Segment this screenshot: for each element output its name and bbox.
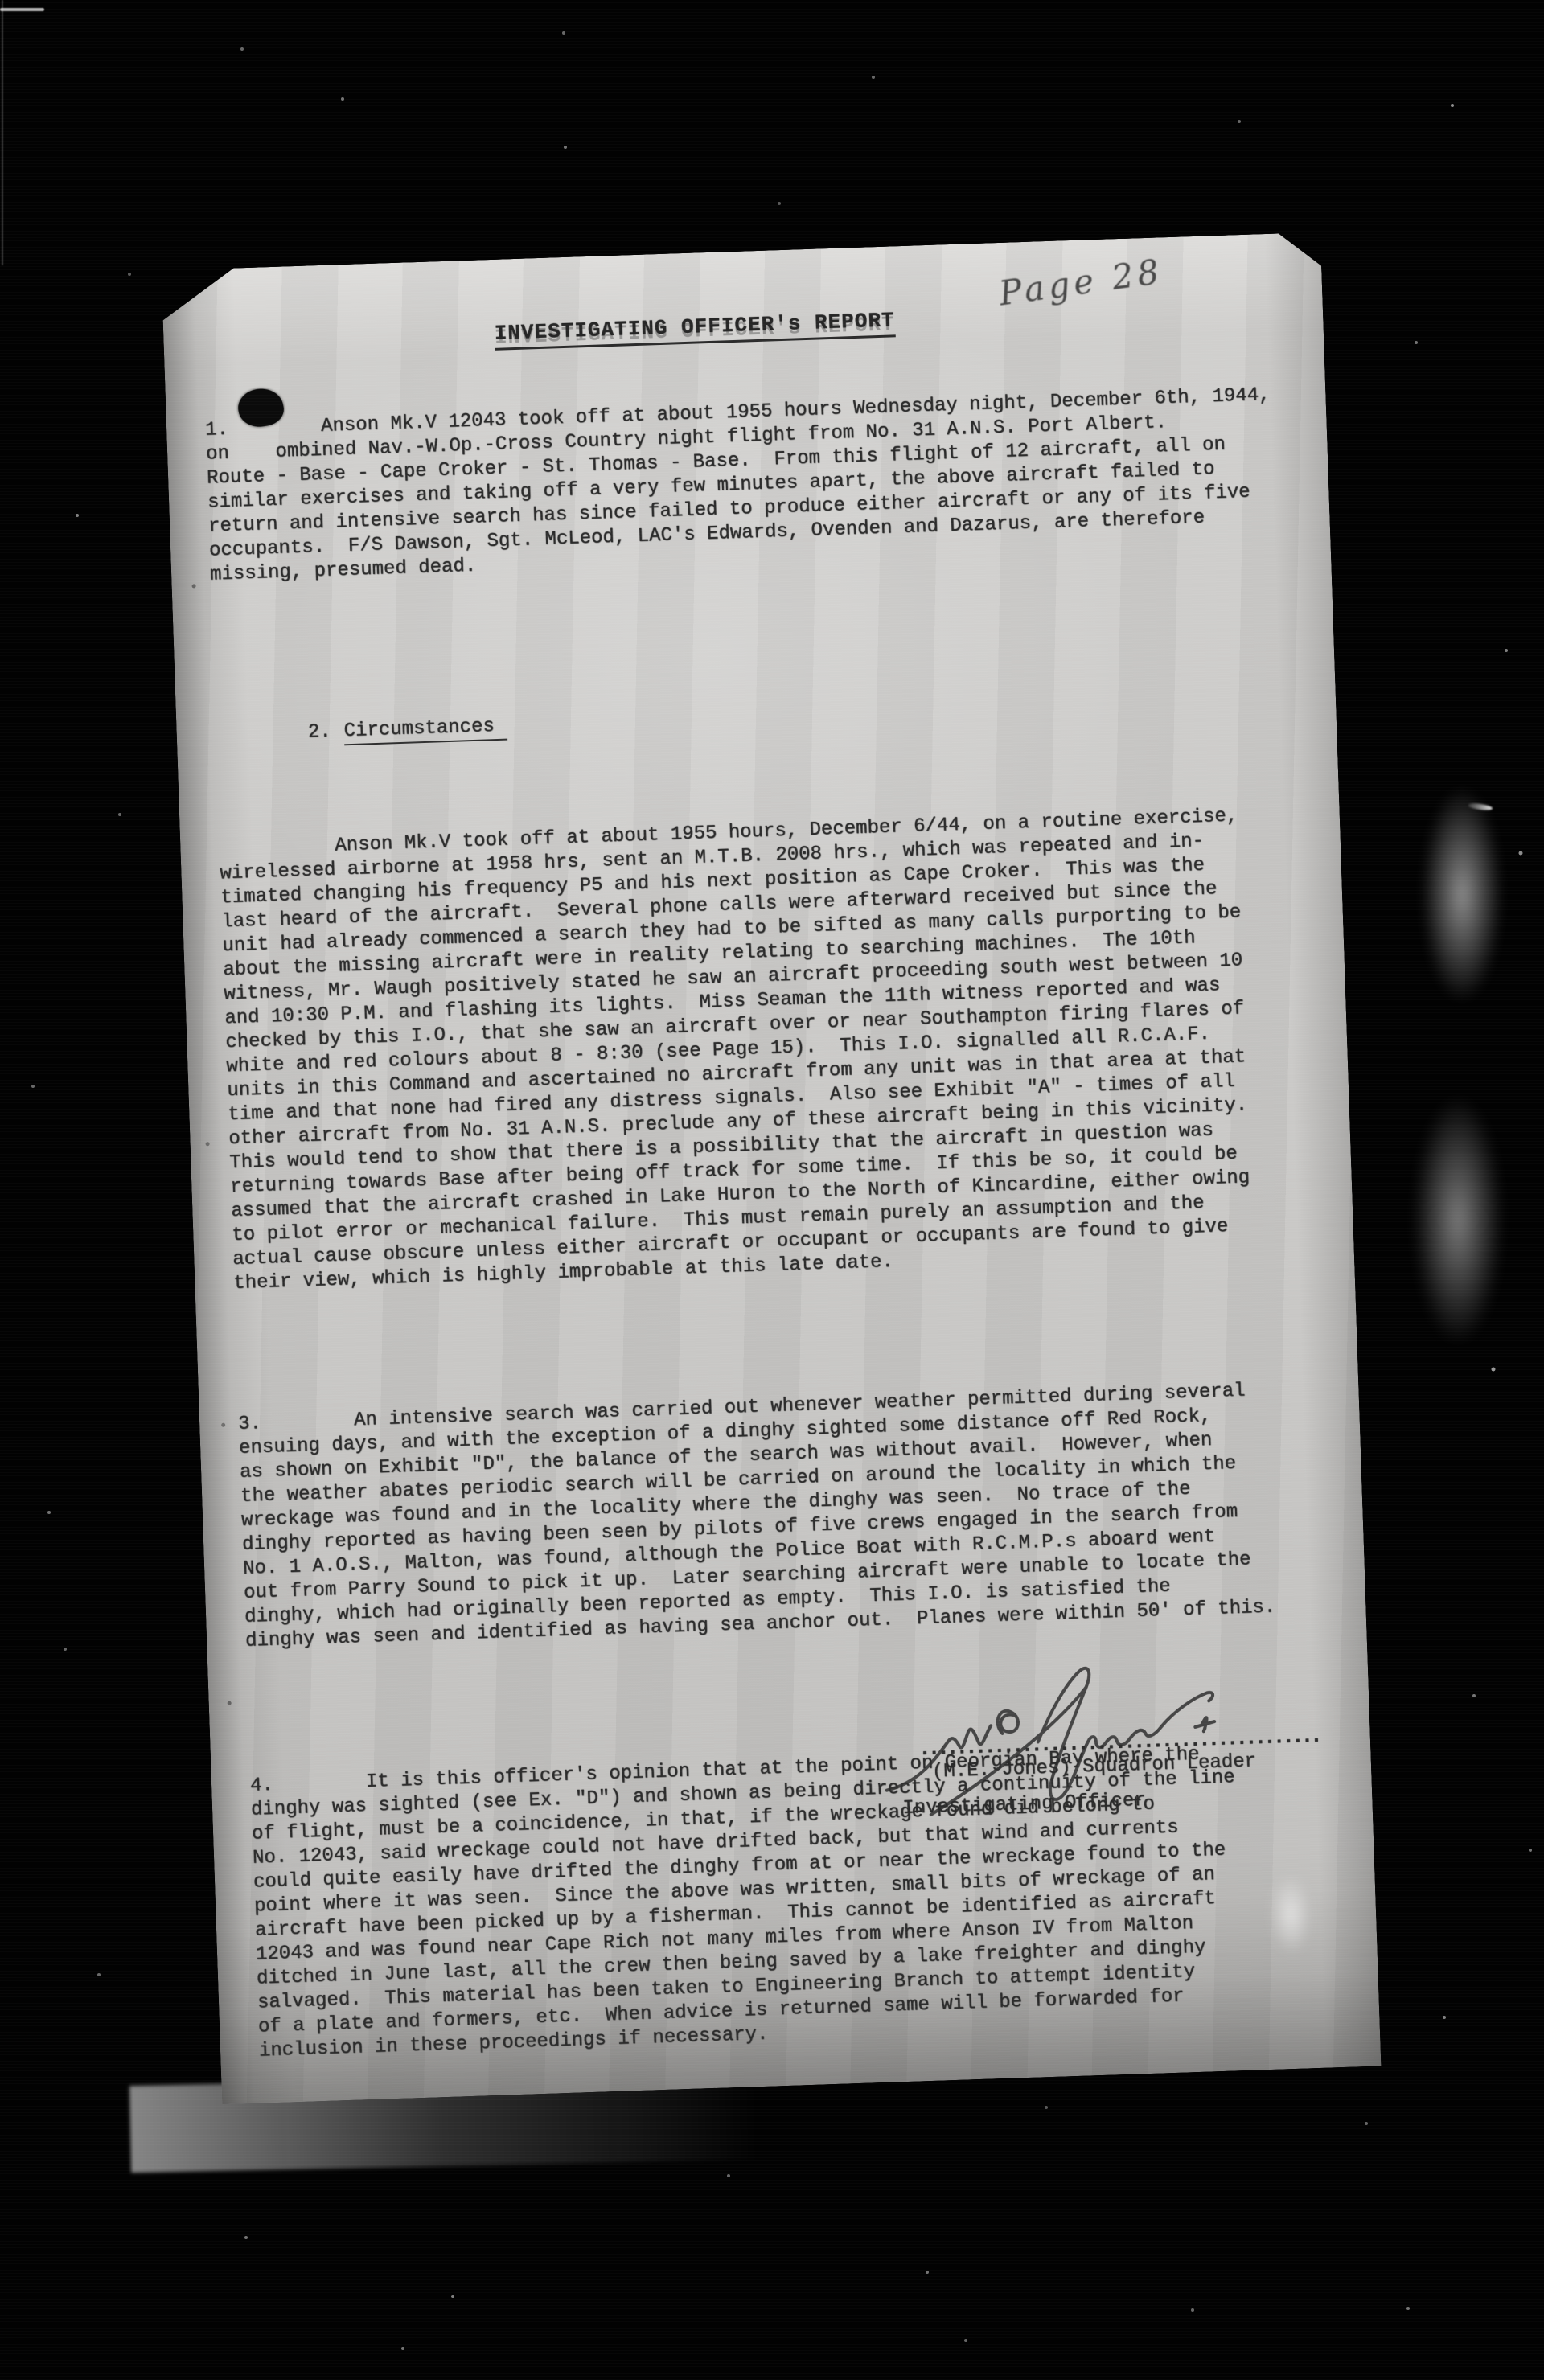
scanned-document-page: Page 28 INVESTIGATING OFFICER's REPORT 1… bbox=[0, 0, 1544, 2380]
paragraph-1: 1. Anson Mk.V 12043 took off at about 19… bbox=[203, 334, 1289, 659]
film-smudge-lower bbox=[1414, 1098, 1502, 1343]
section-label: Circumstances bbox=[343, 716, 507, 746]
scan-edge-hairline bbox=[2, 0, 3, 265]
film-scratch-mark bbox=[1468, 802, 1493, 811]
section-number: 2. bbox=[307, 721, 331, 744]
paragraph-1-text: 1. Anson Mk.V 12043 took off at about 19… bbox=[205, 383, 1287, 587]
paper-bright-spot bbox=[1268, 1873, 1312, 1955]
film-smudge-upper bbox=[1422, 788, 1502, 1001]
report-content: INVESTIGATING OFFICER's REPORT 1. Anson … bbox=[162, 232, 1388, 2294]
report-title: INVESTIGATING OFFICER's REPORT bbox=[494, 308, 895, 350]
paragraph-2-text: Anson Mk.V took off at about 1955 hours,… bbox=[219, 802, 1310, 1296]
report-paper: Page 28 INVESTIGATING OFFICER's REPORT 1… bbox=[162, 232, 1382, 2105]
margin-ink-specks bbox=[162, 270, 164, 273]
paragraph-2: Anson Mk.V took off at about 1955 hours,… bbox=[217, 754, 1312, 1344]
section-heading-circumstances: 2.Circumstances bbox=[214, 664, 1292, 772]
scan-artifact-dash bbox=[0, 8, 44, 11]
signature-block: ........................................… bbox=[895, 1568, 1330, 1863]
